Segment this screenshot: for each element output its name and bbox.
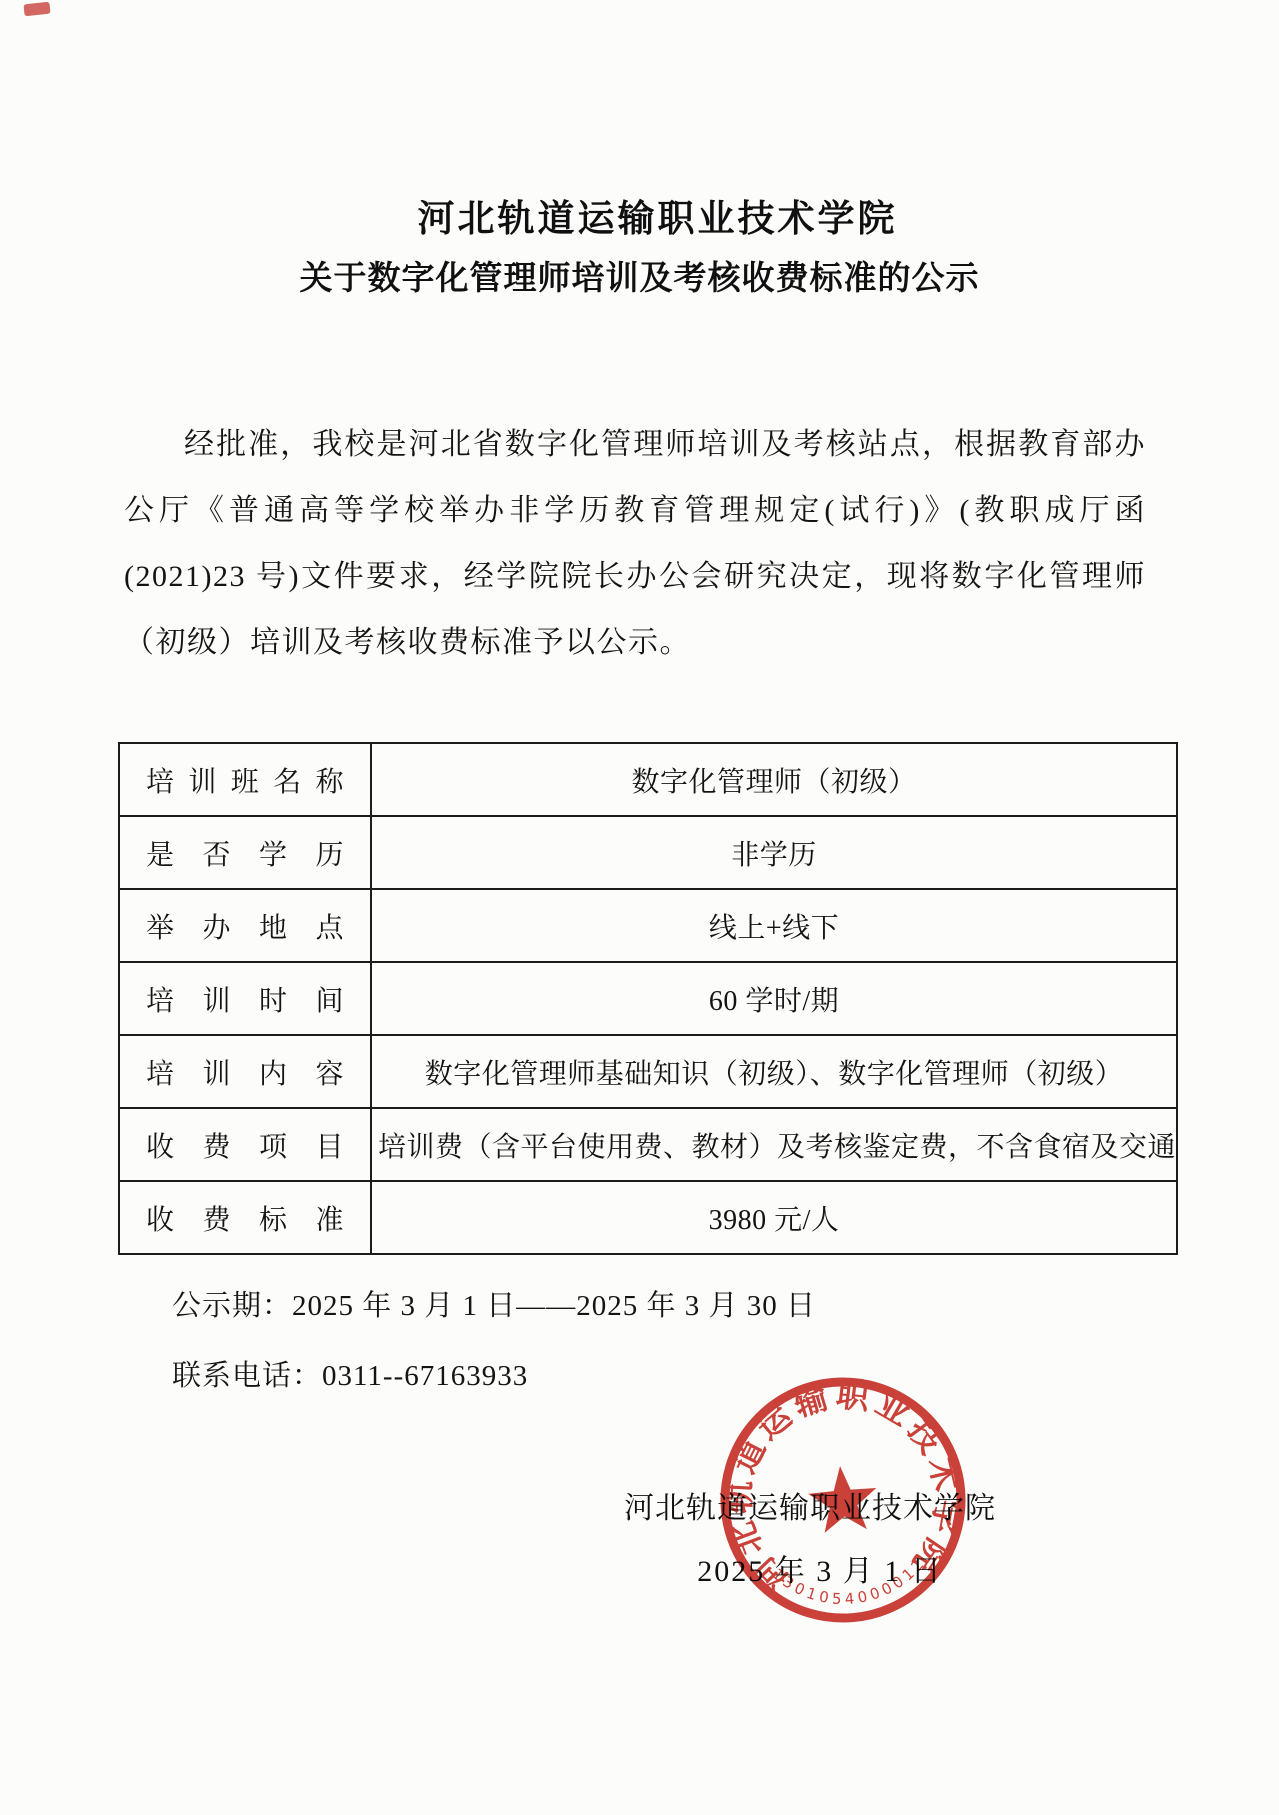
row-value: 3980 元/人: [371, 1181, 1177, 1254]
table-row: 培训时间 60 学时/期: [119, 962, 1177, 1035]
row-value: 数字化管理师（初级）: [371, 743, 1177, 816]
row-label-text: 培训时间: [146, 979, 344, 1019]
row-value: 线上+线下: [371, 889, 1177, 962]
row-label: 收费项目: [119, 1108, 371, 1181]
scan-artifact-red-mark: [23, 2, 50, 17]
body-paragraph: 经批准，我校是河北省数字化管理师培训及考核站点，根据教育部办公厅《普通高等学校举…: [124, 412, 1146, 676]
contact-phone-line: 联系电话：0311--67163933: [172, 1353, 528, 1394]
table-row: 收费项目 培训费（含平台使用费、教材）及考核鉴定费，不含食宿及交通费: [119, 1108, 1177, 1181]
table-row: 培训内容 数字化管理师基础知识（初级）、数字化管理师（初级）: [119, 1035, 1177, 1108]
row-label-text: 是否学历: [146, 833, 344, 873]
seal-star-icon: [806, 1463, 880, 1534]
row-label-text: 培训内容: [146, 1052, 344, 1092]
notice-period-line: 公示期：2025 年 3 月 1 日——2025 年 3 月 30 日: [172, 1283, 816, 1324]
row-label-text: 收费项目: [146, 1125, 344, 1165]
table-row: 举办地点 线上+线下: [119, 889, 1177, 962]
table-row: 培训班名称 数字化管理师（初级）: [119, 743, 1177, 816]
row-value: 数字化管理师基础知识（初级）、数字化管理师（初级）: [371, 1035, 1177, 1108]
row-value: 60 学时/期: [371, 962, 1177, 1035]
row-label-text: 收费标准: [146, 1198, 344, 1238]
row-label: 培训内容: [119, 1035, 371, 1108]
document-title-line2: 关于数字化管理师培训及考核收费标准的公示: [0, 252, 1279, 299]
row-label-text: 举办地点: [146, 906, 344, 946]
row-label: 培训班名称: [119, 743, 371, 816]
row-value: 非学历: [371, 816, 1177, 889]
row-label: 培训时间: [119, 962, 371, 1035]
row-label: 收费标准: [119, 1181, 371, 1254]
row-label: 是否学历: [119, 816, 371, 889]
document-page: 河北轨道运输职业技术学院 关于数字化管理师培训及考核收费标准的公示 经批准，我校…: [0, 0, 1279, 1815]
row-value: 培训费（含平台使用费、教材）及考核鉴定费，不含食宿及交通费: [371, 1108, 1177, 1181]
fee-standard-table: 培训班名称 数字化管理师（初级） 是否学历 非学历 举办地点 线上+线下 培训时…: [118, 742, 1178, 1255]
row-label-text: 培训班名称: [146, 760, 344, 800]
row-label: 举办地点: [119, 889, 371, 962]
table-row: 收费标准 3980 元/人: [119, 1181, 1177, 1254]
document-title-line1: 河北轨道运输职业技术学院: [18, 188, 1279, 242]
table-row: 是否学历 非学历: [119, 816, 1177, 889]
official-seal: 河北轨道运输职业技术学院 1301054000012: [697, 1354, 990, 1647]
